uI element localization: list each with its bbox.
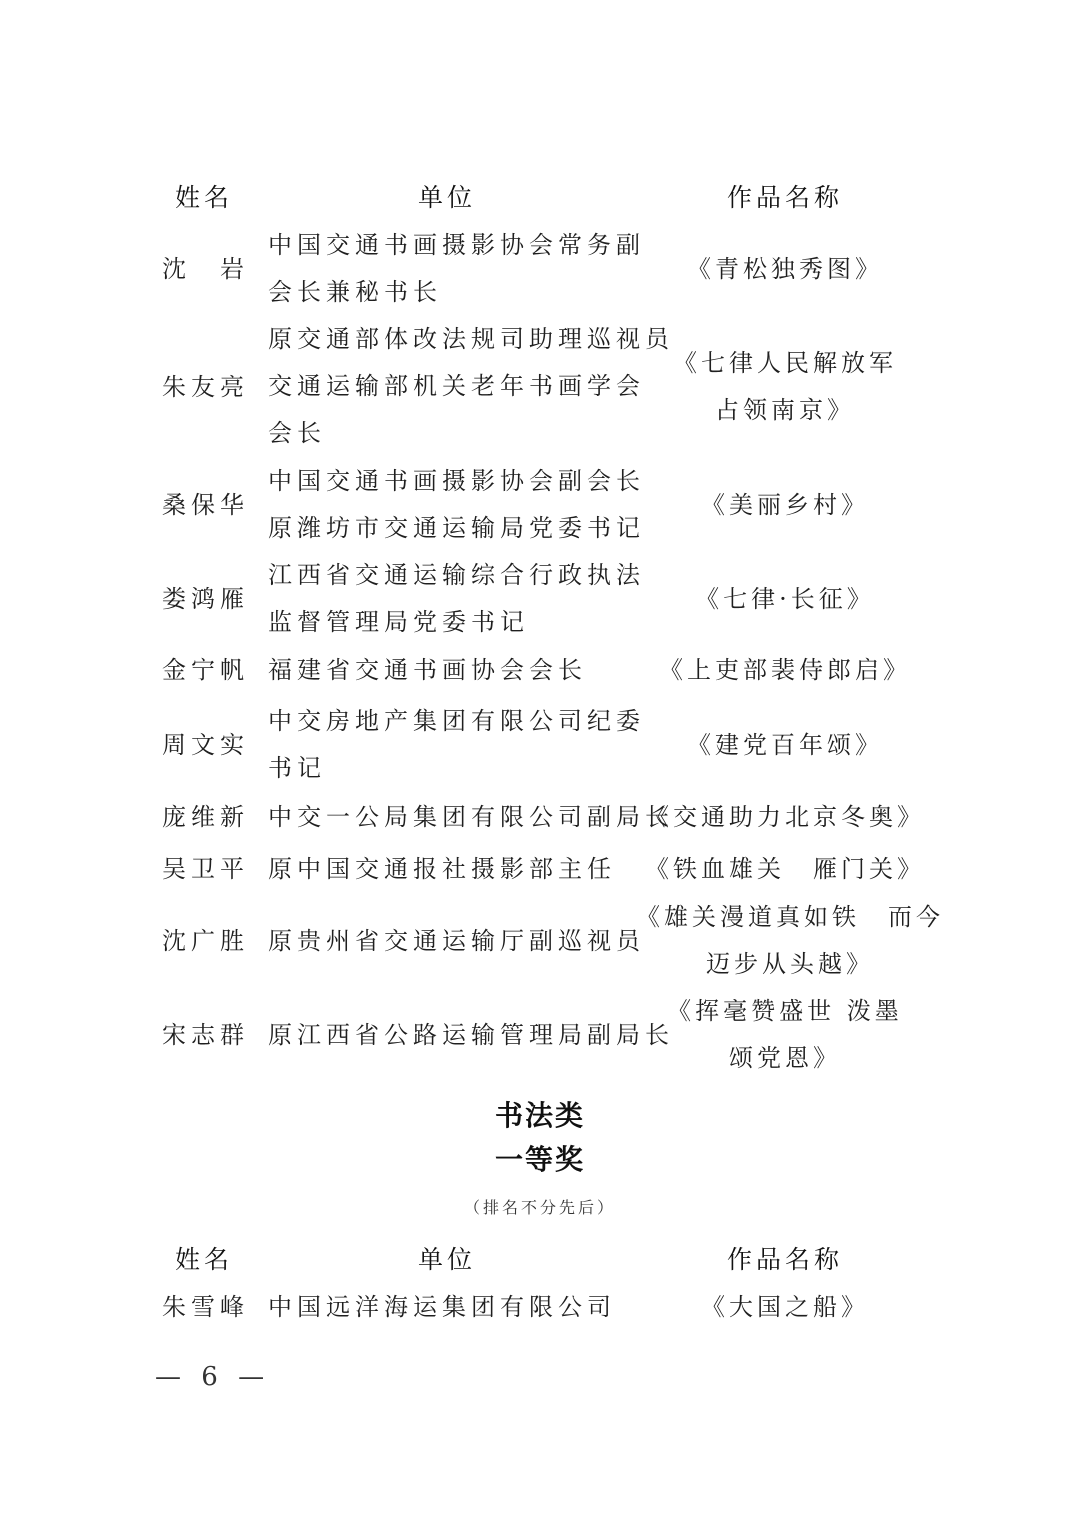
table-row-unit: 中交一公局集团有限公司副局长	[268, 794, 628, 841]
table-row-work: 《七律人民解放军占领南京》	[640, 340, 930, 434]
table-row-name: 沈 岩	[162, 246, 254, 293]
table-row-work: 《美丽乡村》	[640, 482, 930, 529]
table-row-unit: 原江西省公路运输管理局副局长	[268, 1012, 628, 1059]
table-row-name: 朱雪峰	[162, 1284, 254, 1331]
table-row-unit: 原交通部体改法规司助理巡视员交通运输部机关老年书画学会会长	[268, 316, 628, 457]
table-row-work: 《上吏部裴侍郎启》	[640, 647, 930, 694]
table1-header-unit: 单位	[418, 178, 476, 214]
table-row-unit: 原贵州省交通运输厅副巡视员	[268, 918, 628, 965]
table-row-name: 庞维新	[162, 794, 254, 841]
table-row-work: 《铁血雄关 雁门关》	[630, 846, 940, 893]
table-row-name: 桑保华	[162, 482, 254, 529]
table-row-name: 周文实	[162, 722, 254, 769]
table-row-work: 《交通助力北京冬奥》	[630, 794, 940, 841]
table-row-work: 《挥毫赞盛世 泼墨颂党恩》	[640, 988, 930, 1082]
table-row-unit: 原中国交通报社摄影部主任	[268, 846, 628, 893]
table-row-name: 吴卫平	[162, 846, 254, 893]
table-row-work: 《雄关漫道真如铁 而今迈步从头越》	[630, 894, 950, 988]
table-row-work: 《七律·长征》	[640, 576, 930, 623]
section-category-title: 书法类	[0, 1094, 1080, 1134]
table-row-unit: 中国交通书画摄影协会常务副会长兼秘书长	[268, 222, 628, 316]
table-row-name: 金宁帆	[162, 647, 254, 694]
table-row-name: 沈广胜	[162, 918, 254, 965]
table2-header-name: 姓名	[175, 1240, 233, 1276]
table-row-name: 朱友亮	[162, 364, 254, 411]
table-row-work: 《大国之船》	[640, 1284, 930, 1331]
table2-header-work: 作品名称	[727, 1240, 843, 1276]
table2-header-unit: 单位	[418, 1240, 476, 1276]
ranking-note: （排名不分先后）	[0, 1195, 1080, 1218]
table-row-work: 《青松独秀图》	[640, 246, 930, 293]
table-row-unit: 中交房地产集团有限公司纪委书记	[268, 698, 628, 792]
table-row-unit: 江西省交通运输综合行政执法监督管理局党委书记	[268, 552, 628, 646]
table-row-unit: 中国交通书画摄影协会副会长原潍坊市交通运输局党委书记	[268, 458, 628, 552]
table-row-name: 娄鸿雁	[162, 576, 254, 623]
page-number: — 6 —	[155, 1362, 270, 1392]
section-award-title: 一等奖	[0, 1138, 1080, 1178]
table-row-name: 宋志群	[162, 1012, 254, 1059]
table-row-unit: 福建省交通书画协会会长	[268, 647, 628, 694]
table-row-unit: 中国远洋海运集团有限公司	[268, 1284, 628, 1331]
table1-header-name: 姓名	[175, 178, 233, 214]
table1-header-work: 作品名称	[727, 178, 843, 214]
table-row-work: 《建党百年颂》	[640, 722, 930, 769]
document-page: 姓名 单位 作品名称 沈 岩 中国交通书画摄影协会常务副会长兼秘书长 《青松独秀…	[0, 0, 1080, 1527]
